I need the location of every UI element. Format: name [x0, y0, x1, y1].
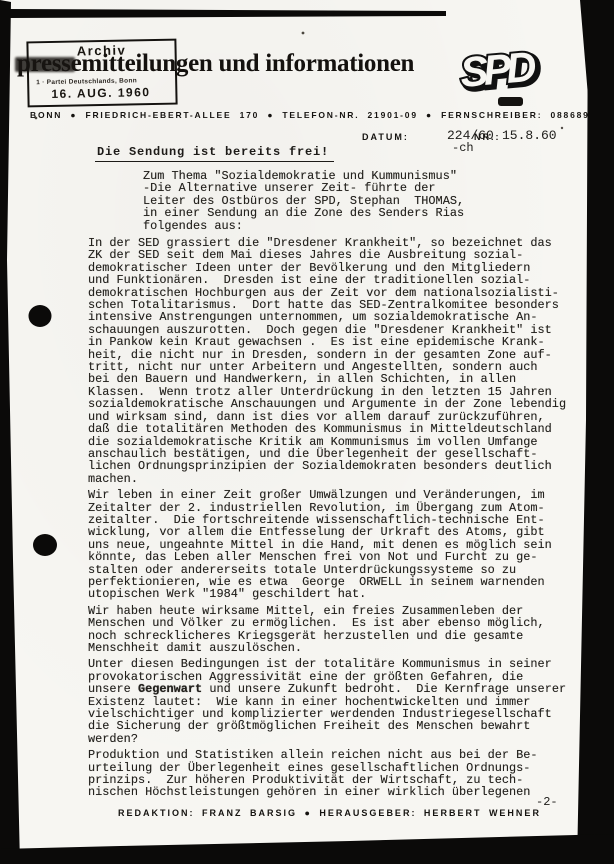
paragraph-1: In der SED grassiert die "Dresdener Kran… [88, 237, 572, 485]
spd-logo-text: SPD [458, 43, 538, 96]
datum-suffix: -ch [452, 141, 474, 155]
top-edge-bar [10, 9, 446, 18]
speck-2 [561, 127, 563, 129]
paragraph-4: Unter diesen Bedingungen ist der totalit… [88, 658, 572, 745]
spd-logo-icon: SPD SPD [448, 34, 542, 102]
paragraph-4-line-3: unsere Gegenwart und unsere Zukunft bedr… [88, 683, 572, 695]
paragraph-5: Produktion und Statistiken allein reiche… [88, 749, 572, 799]
document-headline: Die Sendung ist bereits frei! [95, 145, 334, 162]
right-edge-bar [577, 0, 614, 864]
body-text: In der SED grassiert die "Dresdener Kran… [88, 237, 572, 803]
document-page: pressemitteilungen und informationen Arc… [0, 0, 614, 864]
stamp-date: 16. AUG. 1960 [51, 85, 150, 101]
paragraph-2: Wir leben in einer Zeit großer Umwälzung… [88, 489, 572, 601]
punch-hole-top [29, 305, 52, 327]
nr-value: 15.8.60 [502, 128, 557, 143]
page-number: -2- [536, 795, 558, 809]
paragraph-3: Wir haben heute wirksame Mittel, ein fre… [88, 605, 572, 655]
footer-imprint: REDAKTION: FRANZ BARSIG ● HERAUSGEBER: H… [118, 808, 541, 818]
speck-1 [302, 32, 305, 35]
datum-label: DATUM: [362, 132, 409, 142]
punch-hole-bottom [33, 534, 57, 556]
left-edge-bar [0, 0, 20, 864]
archive-stamp: Archiv 1 · Partei Deutschlands, Bonn 16.… [26, 39, 177, 108]
paragraph-4-lines-a: Unter diesen Bedingungen ist der totalit… [88, 658, 572, 683]
bottom-edge-bar [0, 834, 614, 864]
intro-block: Zum Thema "Sozialdemokratie und Kummunis… [143, 170, 464, 232]
stamp-archiv-label: Archiv [28, 42, 174, 60]
nr-label: NR.: [474, 132, 501, 142]
letterhead-address: BONN ● FRIEDRICH-EBERT-ALLEE 170 ● TELEF… [30, 110, 590, 120]
top-right-block [580, 0, 614, 120]
paragraph-4-lines-b: Existenz lautet: Wie kann in einer hoche… [88, 696, 572, 746]
